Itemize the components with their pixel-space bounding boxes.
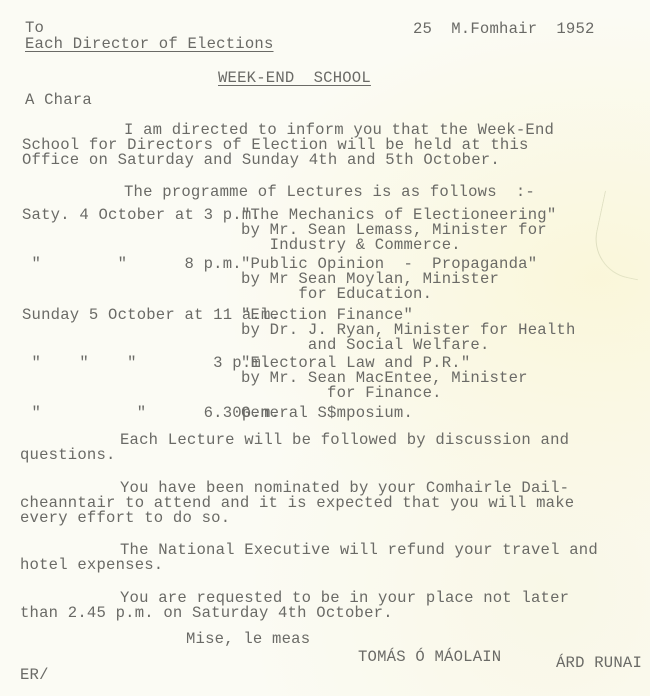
- programme-ministry-4: for Finance.: [241, 385, 442, 401]
- programme-when-4: " " " 3 p.m.: [22, 355, 271, 371]
- paragraph-3-line-2: hotel expenses.: [20, 557, 163, 573]
- signatory-title: ÁRD RUNAI: [556, 655, 642, 671]
- closing: Mise, le meas: [186, 631, 310, 647]
- paragraph-2-line-3: every effort to do so.: [20, 510, 230, 526]
- paragraph-1-line-1: Each Lecture will be followed by discuss…: [120, 432, 569, 448]
- programme-intro: The programme of Lectures is as follows …: [124, 184, 535, 200]
- salutation: A Chara: [25, 92, 92, 108]
- paragraph-1-line-2: questions.: [20, 447, 116, 463]
- programme-when-2: " " 8 p.m.: [22, 256, 242, 272]
- paragraph-3-line-1: The National Executive will refund your …: [120, 542, 598, 558]
- programme-title-5: General S$mposium.: [241, 405, 413, 421]
- to-label: To: [25, 20, 44, 36]
- signatory-name: TOMÁS Ó MÁOLAIN: [358, 649, 501, 665]
- letter-date: 25 M.Fomhair 1952: [413, 21, 595, 37]
- programme-when-1: Saty. 4 October at 3 p.m.: [22, 207, 261, 223]
- document-title: WEEK-END SCHOOL: [218, 70, 371, 86]
- programme-ministry-2: for Education.: [241, 286, 432, 302]
- programme-ministry-1: Industry & Commerce.: [241, 237, 461, 253]
- intro-line-3: Office on Saturday and Sunday 4th and 5t…: [22, 152, 500, 168]
- addressee: Each Director of Elections: [25, 36, 274, 52]
- paragraph-4-line-2: than 2.45 p.m. on Saturday 4th October.: [20, 605, 393, 621]
- programme-ministry-3: and Social Welfare.: [241, 337, 490, 353]
- reference-initials: ER/: [20, 667, 49, 683]
